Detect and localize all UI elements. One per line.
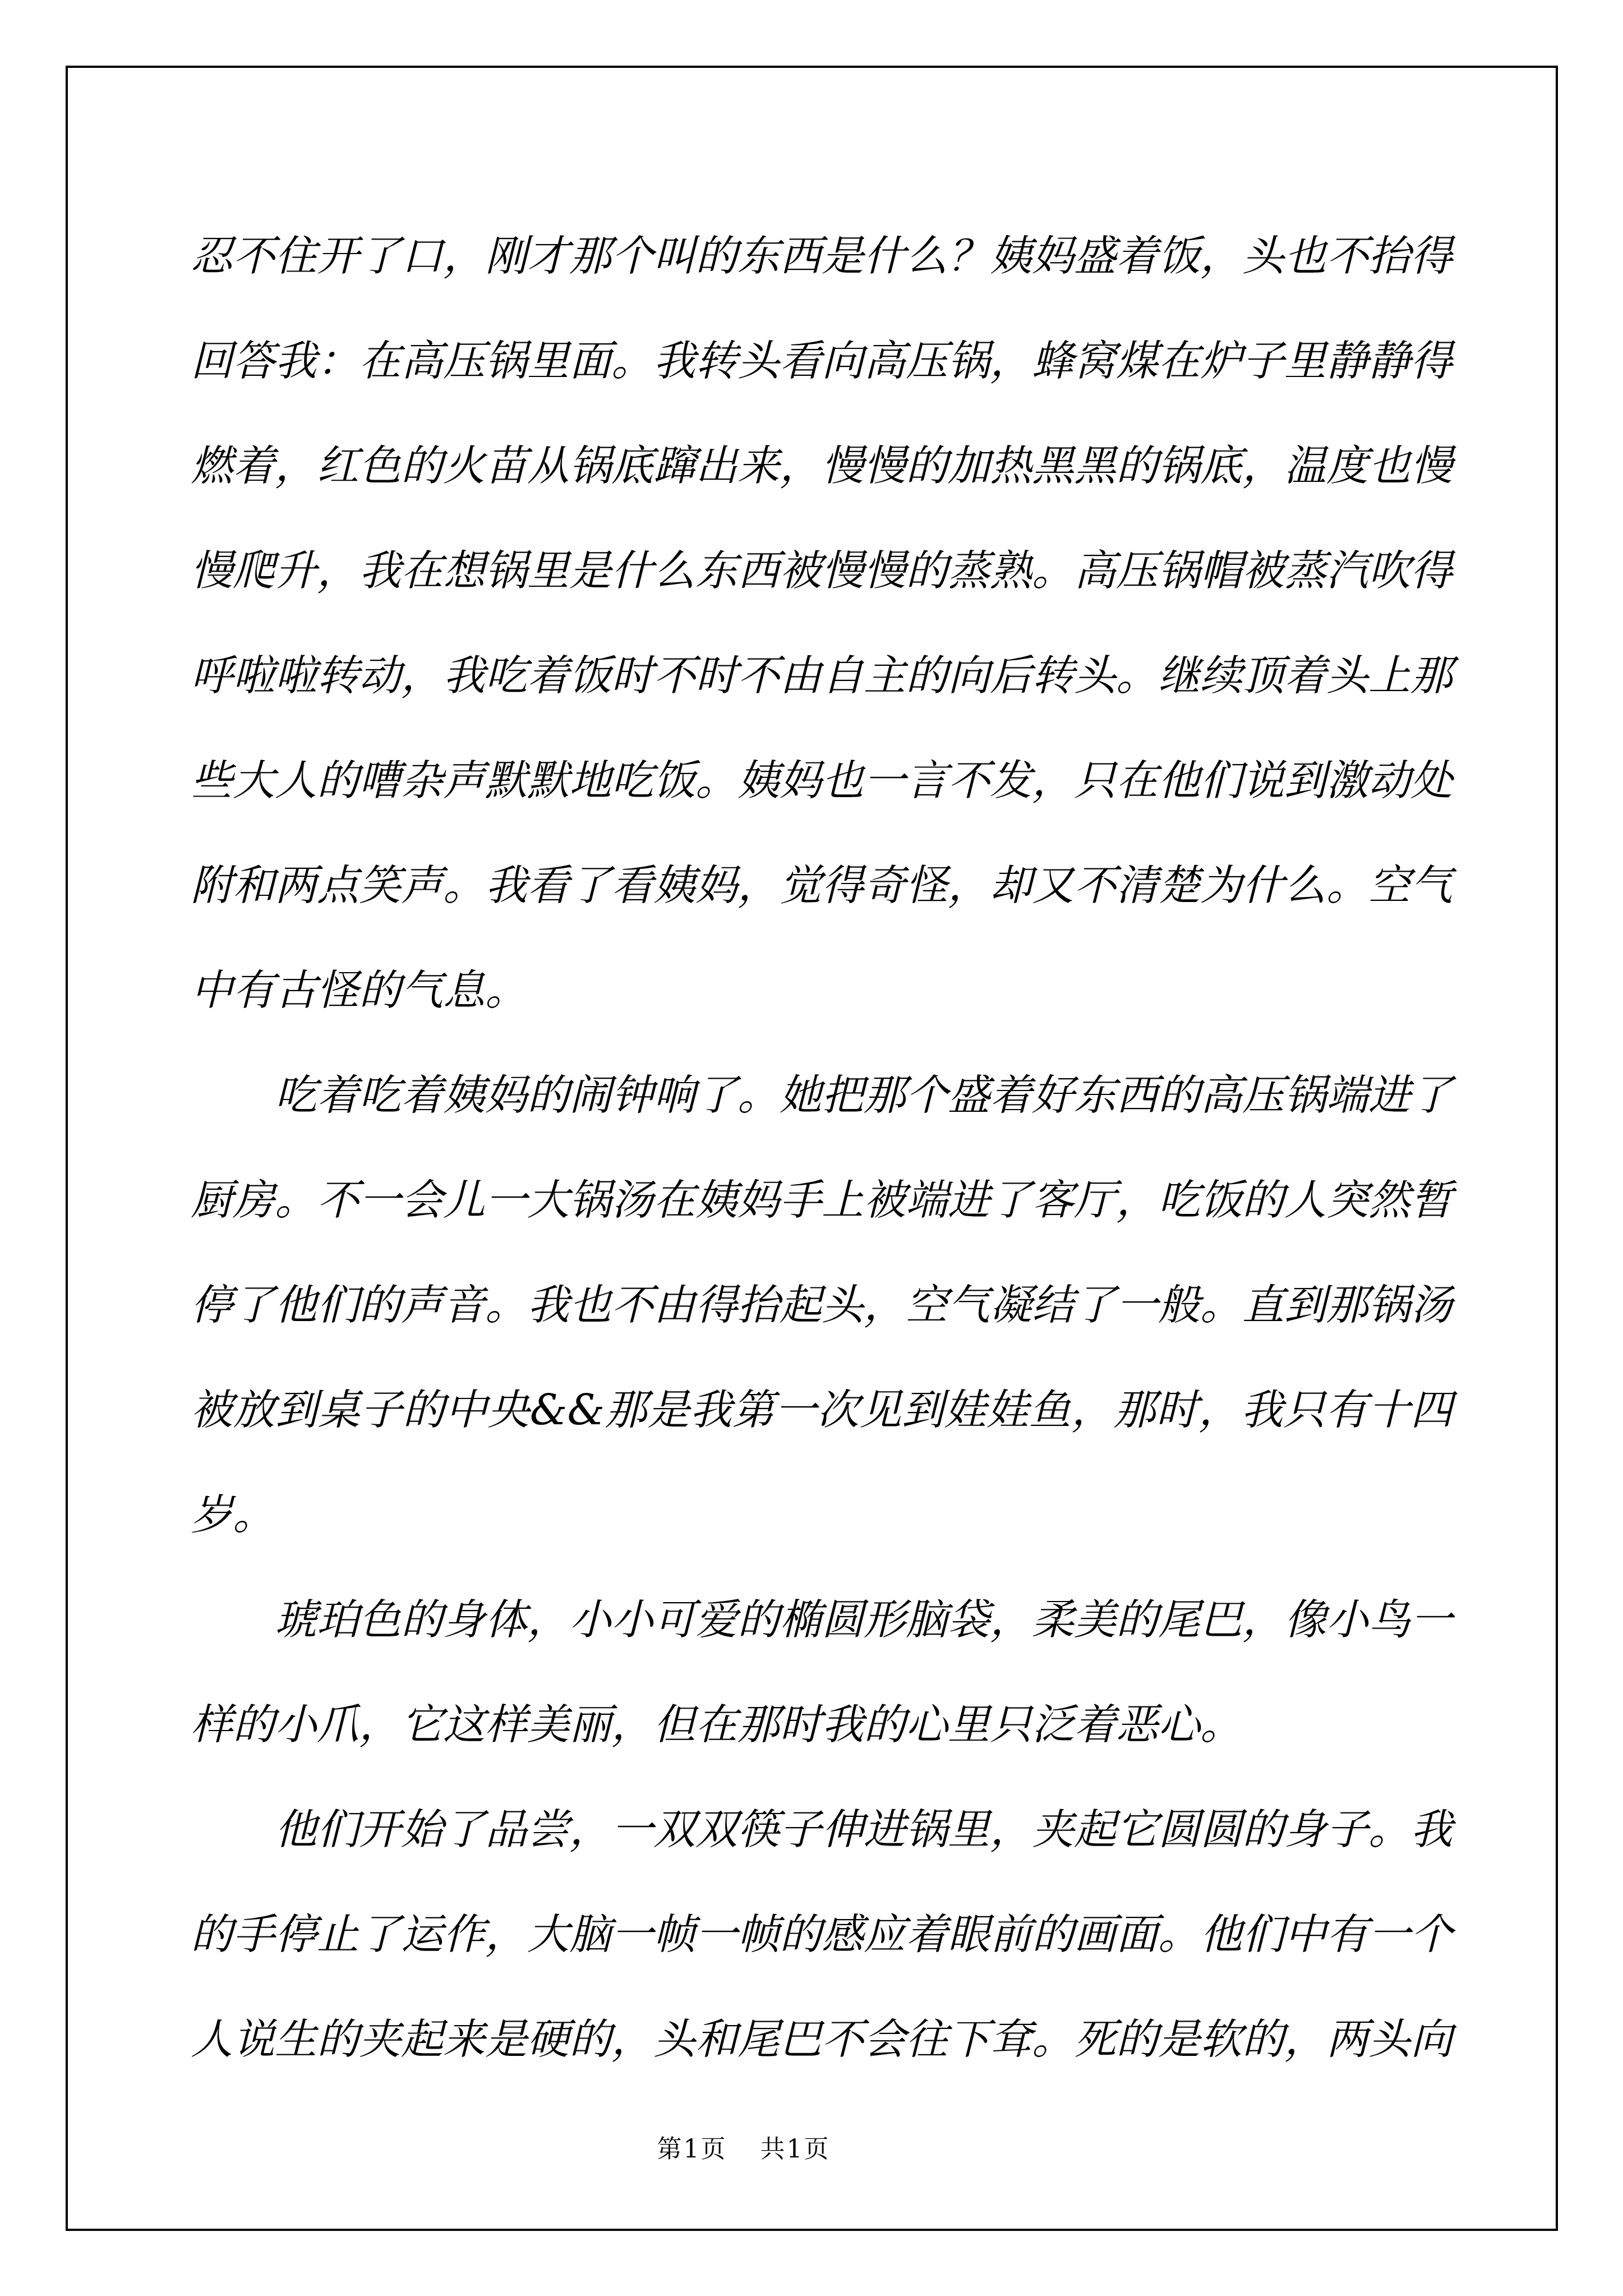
document-page: 忍不住开了口，刚才那个叫的东西是什么？姨妈盛着饭，头也不抬得回答我：在高压锅里面… (0, 0, 1623, 2296)
paragraph-3: 琥珀色的身体，小小可爱的椭圆形脑袋，柔美的尾巴，像小鸟一样的小爪，它这样美丽，但… (191, 1567, 1453, 1777)
page-footer: 第1页 共1页 (68, 2129, 1419, 2165)
paragraph-4: 他们开始了品尝，一双双筷子伸进锅里，夹起它圆圆的身子。我的手停止了运作，大脑一帧… (191, 1777, 1453, 2092)
page-number-label: 第1页 (657, 2135, 727, 2164)
page-border: 忍不住开了口，刚才那个叫的东西是什么？姨妈盛着饭，头也不抬得回答我：在高压锅里面… (66, 66, 1558, 2231)
text-body: 忍不住开了口，刚才那个叫的东西是什么？姨妈盛着饭，头也不抬得回答我：在高压锅里面… (191, 204, 1453, 2092)
page-total-label: 共1页 (760, 2135, 831, 2164)
paragraph-2: 吃着吃着姨妈的闹钟响了。她把那个盛着好东西的高压锅端进了厨房。不一会儿一大锅汤在… (191, 1043, 1453, 1567)
paragraph-1: 忍不住开了口，刚才那个叫的东西是什么？姨妈盛着饭，头也不抬得回答我：在高压锅里面… (191, 204, 1453, 1043)
